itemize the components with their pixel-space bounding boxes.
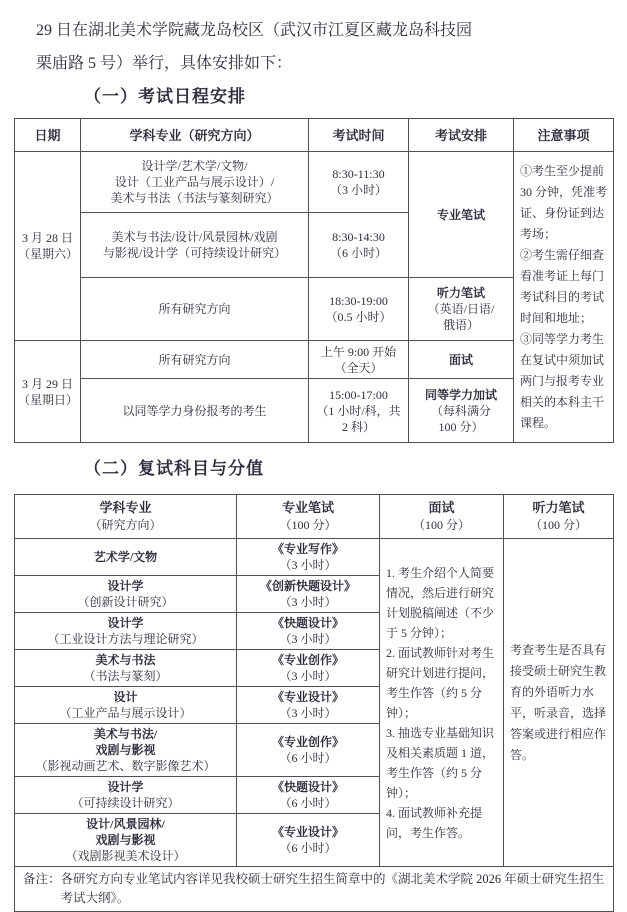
t2-header-subject: 学科专业 （研究方向） [15, 495, 237, 539]
arrangement-cell-extra-test: 同等学力加试 （每科满分 100 分） [409, 379, 514, 443]
date-cell-mar29: 3 月 29 日 （星期日） [15, 341, 81, 443]
header-main: 专业笔试 [240, 499, 376, 516]
table-row: 艺术学/文物 《专业写作》 （3 小时） 1. 考生介绍个人简要情况，然后进行研… [15, 539, 614, 576]
footnote-cell: 备注：各研究方向专业笔试内容详见我校硕士研究生招生简章中的《湖北美术学院 202… [15, 867, 614, 912]
subject-name: 设计学 [18, 578, 233, 594]
exam-cell: 《专业设计》 （6 小时） [237, 814, 380, 867]
exam-title: 《创新快题设计》 [240, 578, 376, 594]
time-cell: 上午 9:00 开始 （全天） [309, 341, 409, 379]
t2-header-listening: 听力笔试 （100 分） [504, 495, 614, 539]
time-cell: 18:30-19:00 （0.5 小时） [309, 278, 409, 341]
header-sub: （100 分） [413, 518, 470, 532]
exam-cell: 《专业写作》 （3 小时） [237, 539, 380, 576]
header-sub: （100 分） [530, 518, 587, 532]
subject-cell: 设计学 （可持续设计研究） [15, 777, 237, 814]
subject-cell: 所有研究方向 [81, 341, 309, 379]
exam-cell: 《快题设计》 （3 小时） [237, 613, 380, 650]
subject-cell: 艺术学/文物 [15, 539, 237, 576]
exam-title: 《快题设计》 [240, 779, 376, 795]
header-sub: （100 分） [279, 518, 336, 532]
arrangement-cell-interview: 面试 [409, 341, 514, 379]
subject-cell: 美术与书法 （书法与篆刻） [15, 650, 237, 687]
section1-title: （一）考试日程安排 [84, 82, 246, 107]
exam-cell: 《专业设计》 （3 小时） [237, 687, 380, 724]
header-sub: （研究方向） [89, 518, 161, 532]
exam-title: 《专业创作》 [240, 652, 376, 668]
exam-title: 《专业创作》 [240, 734, 376, 750]
footnote-row: 备注：各研究方向专业笔试内容详见我校硕士研究生招生简章中的《湖北美术学院 202… [15, 867, 614, 912]
arrangement-main: 同等学力加试 [412, 387, 510, 403]
interview-procedure-cell: 1. 考生介绍个人简要情况，然后进行研究计划脱稿阐述（不少于 5 分钟）； 2.… [380, 539, 504, 867]
intro-paragraph: 29 日在湖北美术学院藏龙岛校区（武汉市江夏区藏龙岛科技园 栗庙路 5 号）举行… [36, 14, 596, 80]
t2-header-written: 专业笔试 （100 分） [237, 495, 380, 539]
exam-title: 《快题设计》 [240, 615, 376, 631]
time-cell: 15:00-17:00 （1 小时/科，共 2 科） [309, 379, 409, 443]
t1-header-time: 考试时间 [309, 119, 409, 152]
arrangement-cell-written: 专业笔试 [409, 152, 514, 278]
notes-cell: ①考生至少提前 30 分钟，凭准考证、身份证到达考场； ②考生需仔细查看准考证上… [514, 152, 614, 443]
exam-schedule-table: 日期 学科专业（研究方向） 考试时间 考试安排 注意事项 3 月 28 日 （星… [14, 118, 614, 443]
subject-direction: （工业设计方法与理论研究） [18, 631, 233, 647]
exam-duration: （3 小时） [240, 557, 376, 573]
time-cell: 8:30-14:30 （6 小时） [309, 213, 409, 278]
arrangement-sub: （每科满分 100 分） [431, 404, 491, 434]
t1-header-date: 日期 [15, 119, 81, 152]
exam-title: 《专业写作》 [240, 541, 376, 557]
exam-cell: 《快题设计》 （6 小时） [237, 777, 380, 814]
listening-description-cell: 考查考生是否具有接受硕士研究生教育的外语听力水平，听录音，选择答案或进行相应作答… [504, 539, 614, 867]
retest-subjects-table: 学科专业 （研究方向） 专业笔试 （100 分） 面试 （100 分） 听力笔试… [14, 494, 614, 912]
subject-name: 美术与书法 [18, 652, 233, 668]
subject-cell: 设计学 （工业设计方法与理论研究） [15, 613, 237, 650]
subject-cell: 所有研究方向 [81, 278, 309, 341]
subject-cell: 设计/风景园林/ 戏剧与影视 （戏剧影视美术设计） [15, 814, 237, 867]
exam-cell: 《专业创作》 （3 小时） [237, 650, 380, 687]
exam-duration: （3 小时） [240, 594, 376, 610]
subject-name: 设计学 [18, 615, 233, 631]
subject-cell: 美术与书法/ 戏剧与影视 （影视动画艺术、数字影像艺术） [15, 724, 237, 777]
date-cell-mar28: 3 月 28 日 （星期六） [15, 152, 81, 341]
subject-name: 设计/风景园林/ 戏剧与影视 [18, 816, 233, 848]
subject-cell: 设计 （工业产品与展示设计） [15, 687, 237, 724]
exam-duration: （6 小时） [240, 750, 376, 766]
subject-direction: （工业产品与展示设计） [18, 705, 233, 721]
t1-header-notes: 注意事项 [514, 119, 614, 152]
arrangement-main: 听力笔试 [412, 285, 510, 301]
subject-name: 艺术学/文物 [18, 549, 233, 565]
t1-header-arrangement: 考试安排 [409, 119, 514, 152]
subject-name: 美术与书法/ 戏剧与影视 [18, 726, 233, 758]
exam-title: 《专业设计》 [240, 824, 376, 840]
footnote-text: 备注：各研究方向专业笔试内容详见我校硕士研究生招生简章中的《湖北美术学院 202… [23, 870, 605, 908]
exam-duration: （6 小时） [240, 795, 376, 811]
header-main: 面试 [383, 499, 500, 516]
exam-duration: （6 小时） [240, 840, 376, 856]
subject-cell: 以同等学力身份报考的考生 [81, 379, 309, 443]
header-main: 听力笔试 [507, 499, 610, 516]
exam-duration: （3 小时） [240, 668, 376, 684]
table-header-row: 学科专业 （研究方向） 专业笔试 （100 分） 面试 （100 分） 听力笔试… [15, 495, 614, 539]
subject-cell: 设计学/艺术学/文物/ 设计（工业产品与展示设计）/ 美术与书法（书法与篆刻研究… [81, 152, 309, 213]
time-cell: 8:30-11:30 （3 小时） [309, 152, 409, 213]
subject-name: 设计学 [18, 779, 233, 795]
exam-duration: （3 小时） [240, 631, 376, 647]
section2-title: （二）复试科目与分值 [84, 454, 264, 479]
subject-direction: （影视动画艺术、数字影像艺术） [18, 758, 233, 774]
exam-cell: 《创新快题设计》 （3 小时） [237, 576, 380, 613]
arrangement-cell-listening: 听力笔试 （英语/日语/ 俄语） [409, 278, 514, 341]
exam-duration: （3 小时） [240, 705, 376, 721]
exam-title: 《专业设计》 [240, 689, 376, 705]
t2-header-interview: 面试 （100 分） [380, 495, 504, 539]
subject-direction: （可持续设计研究） [18, 795, 233, 811]
subject-direction: （戏剧影视美术设计） [18, 848, 233, 864]
subject-cell: 设计学 （创新设计研究） [15, 576, 237, 613]
subject-name: 设计 [18, 689, 233, 705]
header-main: 学科专业 [18, 499, 233, 516]
table-header-row: 日期 学科专业（研究方向） 考试时间 考试安排 注意事项 [15, 119, 614, 152]
table-row: 3 月 28 日 （星期六） 设计学/艺术学/文物/ 设计（工业产品与展示设计）… [15, 152, 614, 213]
exam-cell: 《专业创作》 （6 小时） [237, 724, 380, 777]
arrangement-sub: （英语/日语/ 俄语） [428, 302, 495, 332]
subject-direction: （书法与篆刻） [18, 668, 233, 684]
subject-cell: 美术与书法/设计/风景园林/戏剧 与影视/设计学（可持续设计研究） [81, 213, 309, 278]
t1-header-subject: 学科专业（研究方向） [81, 119, 309, 152]
subject-direction: （创新设计研究） [18, 594, 233, 610]
